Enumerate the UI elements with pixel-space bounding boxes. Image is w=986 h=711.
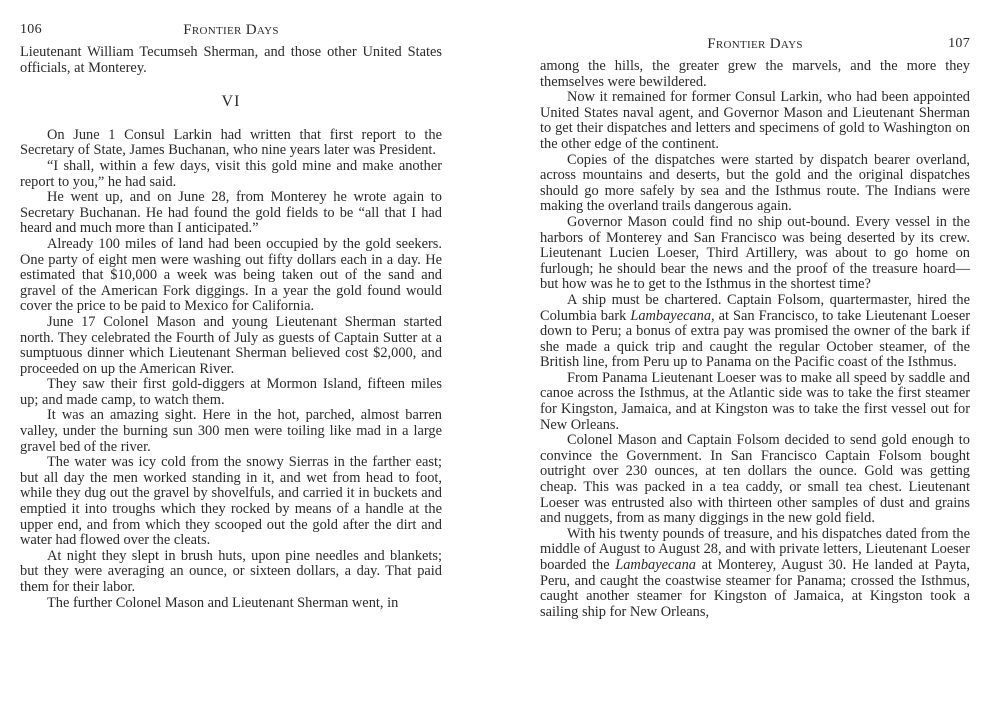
chapter-heading: VI [20,94,442,110]
continuation-paragraph: among the hills, the greater grew the ma… [540,59,970,90]
body-text: Lieutenant William Tecumseh Sherman, and… [20,45,442,611]
paragraph: Already 100 miles of land had been occup… [20,237,442,315]
paragraph: The further Colonel Mason and Lieutenant… [20,596,442,612]
running-header: Frontier Days 107 [540,36,970,56]
ship-name: Lambayecana, [630,308,714,324]
paragraph: At night they slept in brush huts, upon … [20,549,442,596]
ship-name: Lambayecana [615,557,696,573]
paragraph: Colonel Mason and Captain Folsom decided… [540,433,970,527]
paragraph: On June 1 Consul Larkin had written that… [20,128,442,159]
paragraph: Copies of the dispatches were started by… [540,153,970,215]
paragraph: “I shall, within a few days, visit this … [20,159,442,190]
running-header: 106 Frontier Days [20,22,442,42]
running-title: Frontier Days [20,22,442,39]
continuation-paragraph: Lieutenant William Tecumseh Sherman, and… [20,45,442,76]
page-number: 107 [948,36,970,52]
paragraph: A ship must be chartered. Captain Folsom… [540,293,970,371]
left-page: 106 Frontier Days Lieutenant William Tec… [20,0,442,611]
paragraph: It was an amazing sight. Here in the hot… [20,408,442,455]
paragraph: With his twenty pounds of treasure, and … [540,527,970,621]
right-page: Frontier Days 107 among the hills, the g… [540,0,970,620]
paragraph: June 17 Colonel Mason and young Lieutena… [20,315,442,377]
running-title: Frontier Days [540,36,970,53]
paragraph: Governor Mason could find no ship out-bo… [540,215,970,293]
paragraph: Now it remained for former Consul Larkin… [540,90,970,152]
paragraph: The water was icy cold from the snowy Si… [20,455,442,549]
paragraph: From Panama Lieutenant Loeser was to mak… [540,371,970,433]
paragraph: He went up, and on June 28, from Montere… [20,190,442,237]
paragraph: They saw their first gold-diggers at Mor… [20,377,442,408]
body-text: among the hills, the greater grew the ma… [540,59,970,620]
